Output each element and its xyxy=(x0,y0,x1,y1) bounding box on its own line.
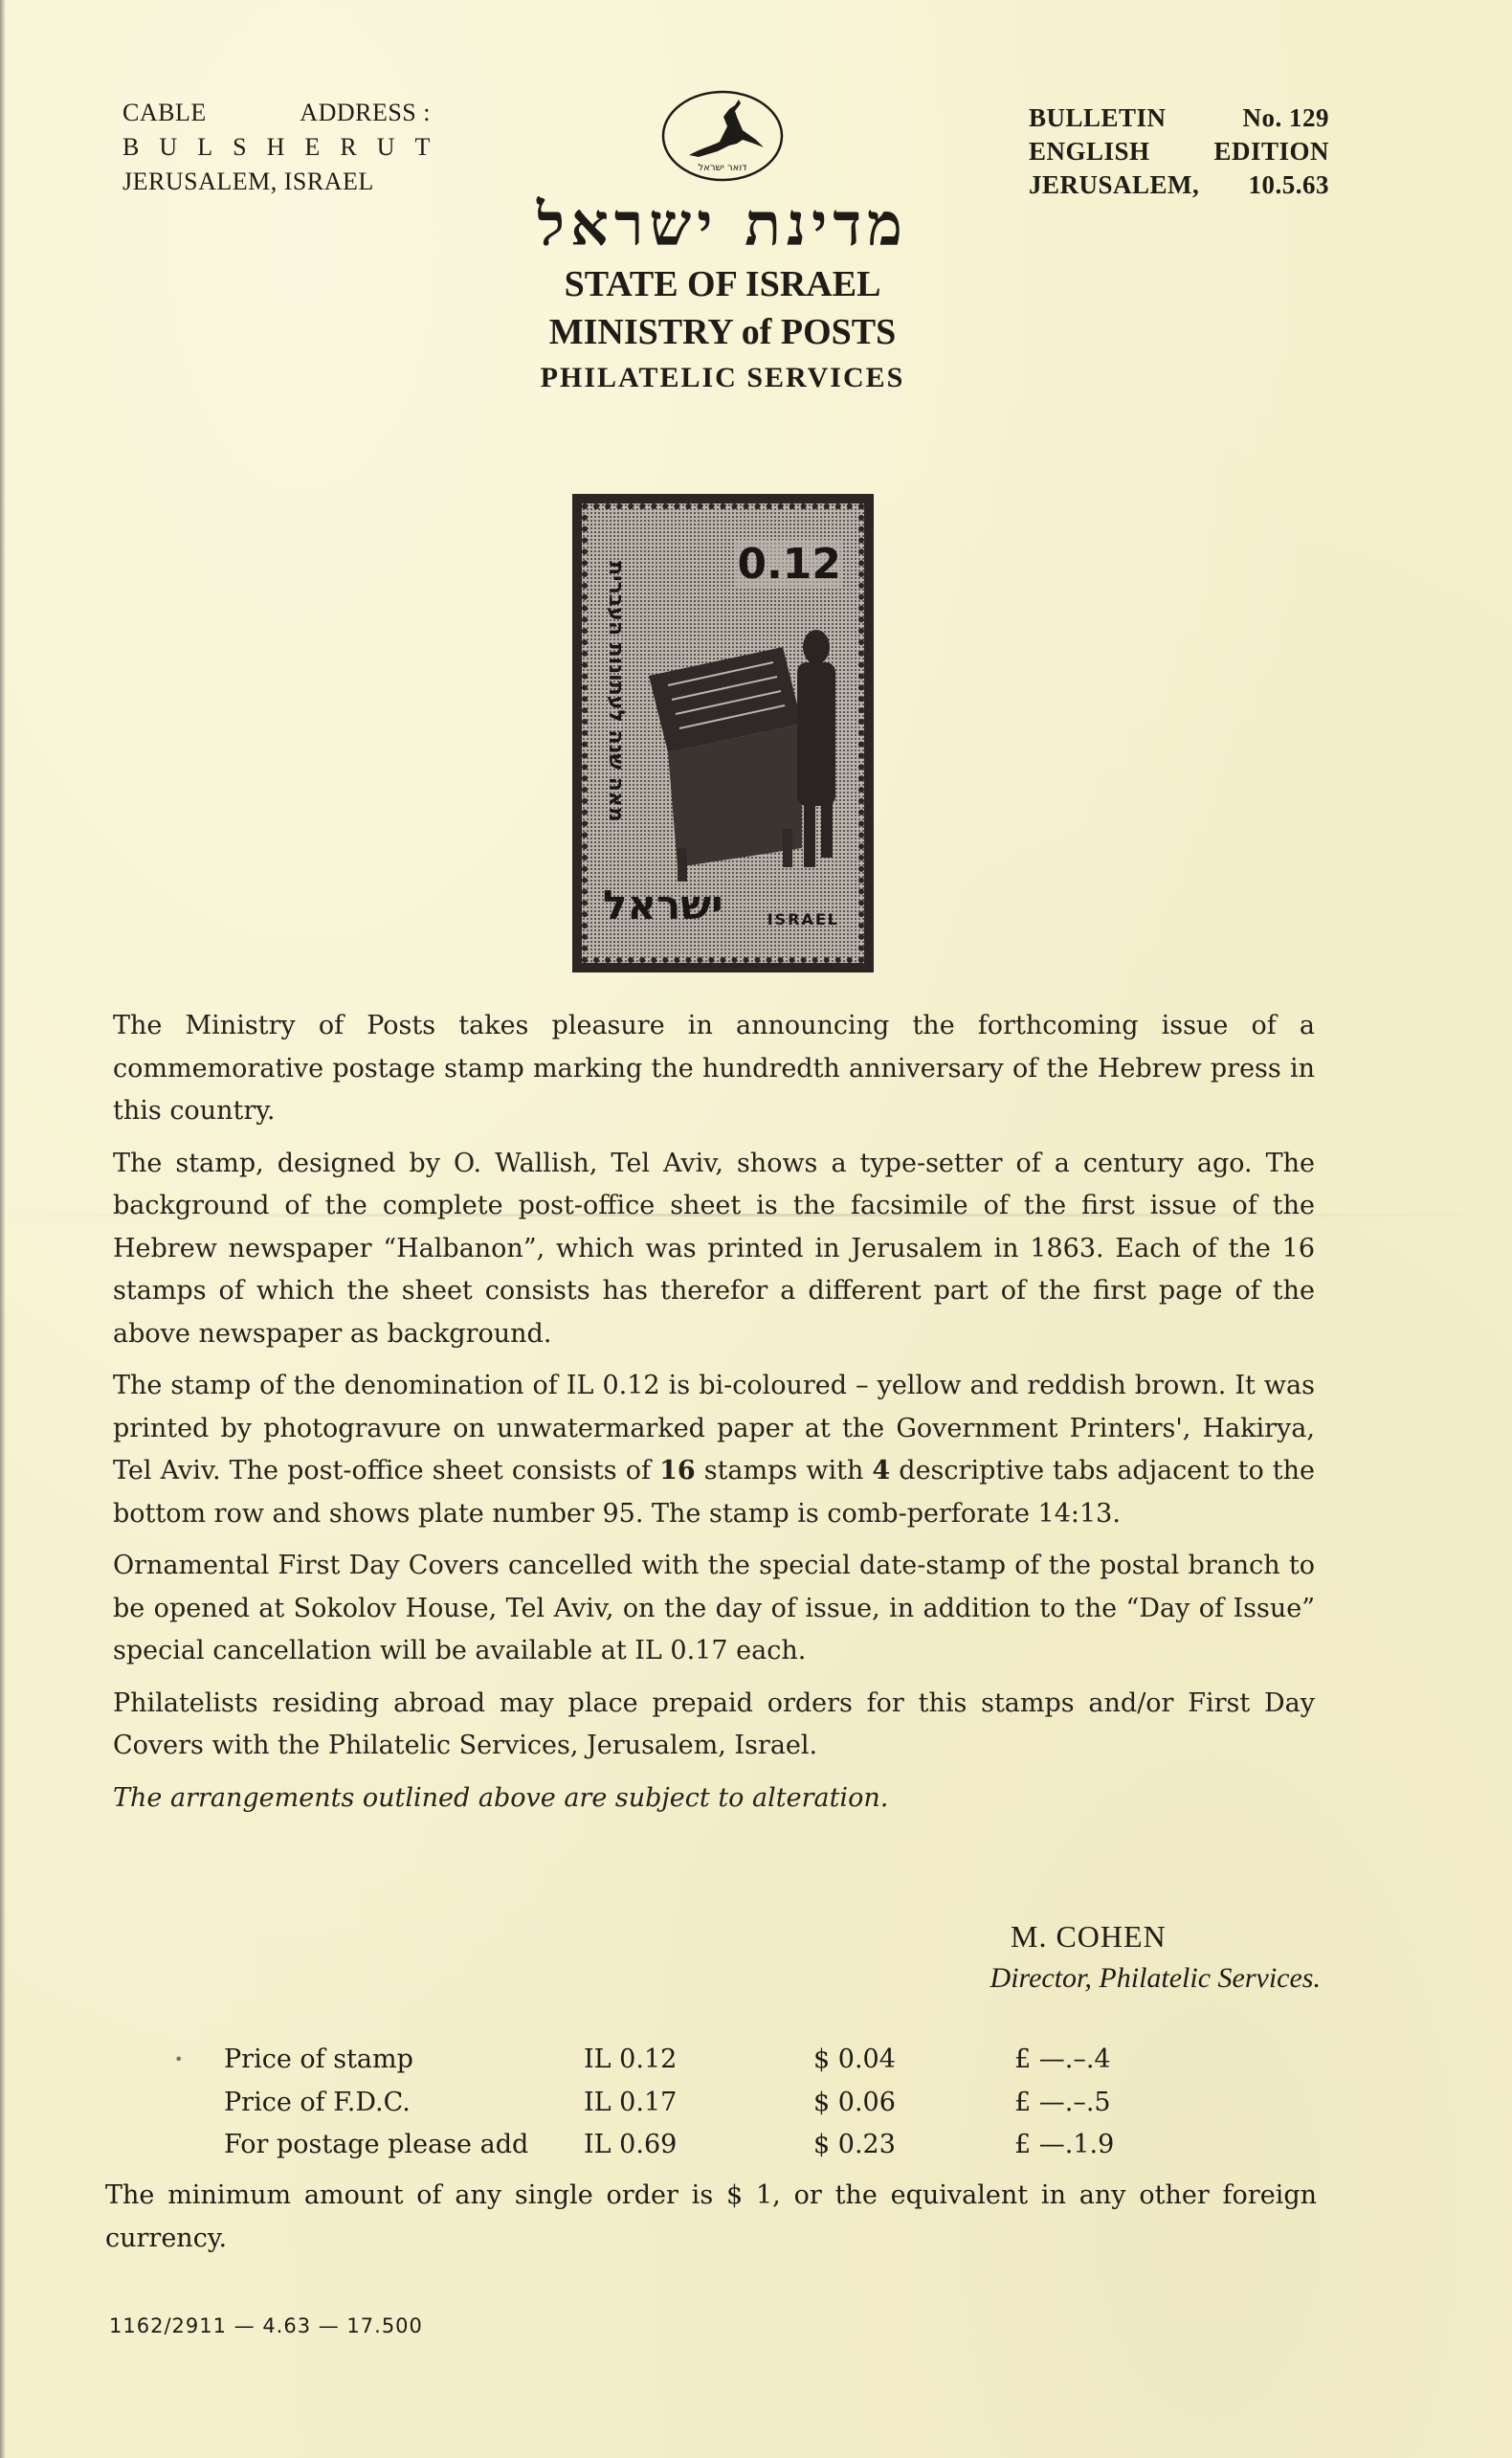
stamp-perforation xyxy=(582,503,864,963)
minimum-order-note: The minimum amount of any single order i… xyxy=(105,2175,1317,2260)
service-title: PHILATELIC SERVICES xyxy=(498,356,947,400)
edition-language: ENGLISH xyxy=(1029,135,1150,168)
price-table: • Price of stamp IL 0.12 $ 0.04 £ —.–.4 … xyxy=(182,2039,1215,2167)
paragraph-fdc: Ornamental First Day Covers cancelled wi… xyxy=(113,1545,1315,1673)
ministry-titles: STATE OF ISRAEL MINISTRY of POSTS PHILAT… xyxy=(498,260,947,400)
alteration-note: The arrangements outlined above are subj… xyxy=(113,1777,1315,1821)
bulletin-page: CABLE ADDRESS : B U L S H E R U T JERUSA… xyxy=(0,0,1512,2458)
cable-address-block: CABLE ADDRESS : B U L S H E R U T JERUSA… xyxy=(122,96,431,199)
ministry-title: MINISTRY of POSTS xyxy=(498,308,947,356)
paragraph-design: The stamp, designed by O. Wallish, Tel A… xyxy=(113,1143,1315,1356)
edition-label: EDITION xyxy=(1213,135,1329,168)
print-code: 1162/2911 — 4.63 — 17.500 xyxy=(109,2314,423,2337)
stamp-image: 0.12 מאה שנה לעתונות העברית ישראל xyxy=(572,494,874,972)
bulletin-label: BULLETIN xyxy=(1029,101,1167,135)
cable-city: JERUSALEM, ISRAEL xyxy=(122,165,431,199)
signatory-name: M. COHEN xyxy=(880,1914,1321,1958)
price-row: Price of stamp IL 0.12 $ 0.04 £ —.–.4 xyxy=(182,2039,1215,2082)
post-deer-emblem-icon: דואר ישראל xyxy=(660,88,785,184)
bulletin-number: No. 129 xyxy=(1243,101,1330,135)
cable-code: B U L S H E R U T xyxy=(122,130,431,165)
paper-edge-shadow xyxy=(0,0,6,2458)
signature-block: M. COHEN Director, Philatelic Services. xyxy=(880,1914,1321,1999)
price-row: For postage please add IL 0.69 $ 0.23 £ … xyxy=(182,2124,1215,2167)
bulletin-info-block: BULLETIN No. 129 ENGLISH EDITION JERUSAL… xyxy=(1029,101,1329,202)
bullet-mark: • xyxy=(174,2039,183,2082)
signatory-role: Director, Philatelic Services. xyxy=(880,1958,1321,1999)
svg-text:דואר ישראל: דואר ישראל xyxy=(698,163,747,173)
address-label: ADDRESS : xyxy=(300,96,431,130)
hebrew-state-title: מדינת ישראל xyxy=(517,191,928,258)
paragraph-printing: The stamp of the denomination of IL 0.12… xyxy=(113,1365,1315,1535)
bulletin-date: 10.5.63 xyxy=(1249,168,1330,202)
paragraph-intro: The Ministry of Posts takes pleasure in … xyxy=(113,1005,1315,1133)
announcement-body: The Ministry of Posts takes pleasure in … xyxy=(113,1005,1315,1829)
stamp-face: 0.12 מאה שנה לעתונות העברית ישראל xyxy=(582,503,864,963)
bulletin-city: JERUSALEM, xyxy=(1029,168,1199,202)
cable-label: CABLE xyxy=(122,96,207,130)
paragraph-orders: Philatelists residing abroad may place p… xyxy=(113,1683,1315,1768)
price-row: Price of F.D.C. IL 0.17 $ 0.06 £ —.–.5 xyxy=(182,2082,1215,2125)
state-title: STATE OF ISRAEL xyxy=(498,260,947,308)
